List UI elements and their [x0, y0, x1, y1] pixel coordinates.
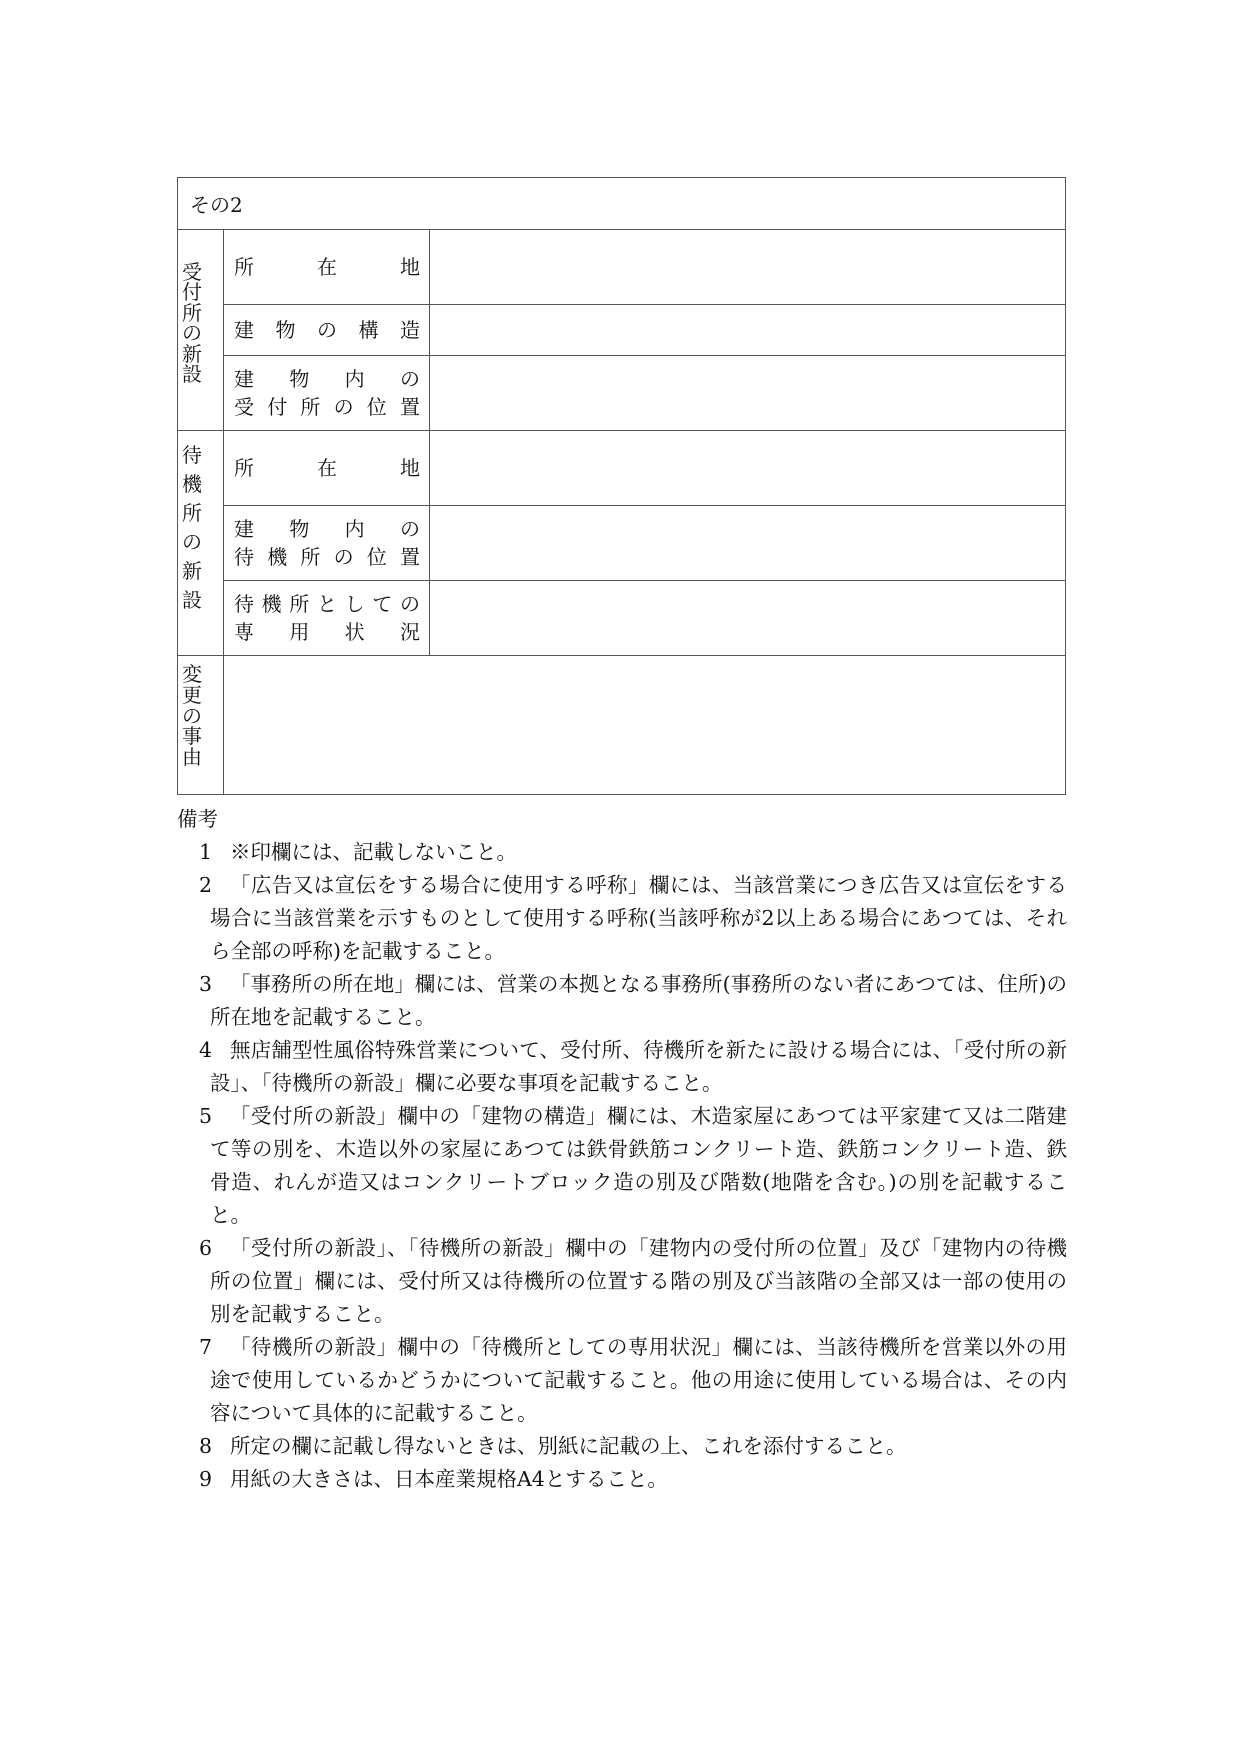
note-item: 6「受付所の新設」、「待機所の新設」欄中の「建物内の受付所の位置」及び「建物内の…: [177, 1232, 1067, 1331]
application-form-table: その2 受 付 所 の 新 設 所在地 建物の構造 建物内の 受付所の位置: [177, 177, 1066, 795]
note-item: 1※印欄には、記載しないこと。: [177, 836, 1067, 869]
note-text: ※印欄には、記載しないこと。: [210, 836, 1067, 869]
note-number: 1: [199, 836, 212, 869]
note-number: 9: [199, 1463, 212, 1496]
waiting-position-field[interactable]: [430, 506, 1066, 581]
note-text: 無店舗型性風俗特殊営業について、受付所、待機所を新たに設ける場合には、「受付所の…: [210, 1034, 1067, 1100]
field-label-waiting-position: 建物内の 待機所の位置: [224, 506, 430, 581]
note-number: 4: [199, 1034, 212, 1067]
note-item: 2「広告又は宣伝をする場合に使用する呼称」欄には、当該営業につき広告又は宣伝をす…: [177, 869, 1067, 968]
field-label-reception-position: 建物内の 受付所の位置: [224, 356, 430, 431]
note-number: 5: [199, 1100, 212, 1133]
waiting-location-field[interactable]: [430, 431, 1066, 506]
note-item: 9用紙の大きさは、日本産業規格A4とすること。: [177, 1463, 1067, 1496]
field-label-waiting-location: 所在地: [224, 431, 430, 506]
dedicated-use-field[interactable]: [430, 581, 1066, 656]
note-item: 5「受付所の新設」欄中の「建物の構造」欄には、木造家屋にあつては平家建て又は二階…: [177, 1100, 1067, 1232]
building-structure-field[interactable]: [430, 305, 1066, 356]
note-text: 用紙の大きさは、日本産業規格A4とすること。: [210, 1463, 1067, 1496]
note-text: 「事務所の所在地」欄には、営業の本拠となる事務所(事務所のない者にあつては、住所…: [210, 968, 1067, 1034]
section-label-waiting: 待 機 所 の 新 設: [178, 431, 224, 656]
reason-for-change-field[interactable]: [224, 656, 1066, 795]
field-label-dedicated-use: 待機所としての 専用状況: [224, 581, 430, 656]
note-text: 「受付所の新設」、「待機所の新設」欄中の「建物内の受付所の位置」及び「建物内の待…: [210, 1232, 1067, 1331]
note-number: 3: [199, 968, 212, 1001]
note-item: 3「事務所の所在地」欄には、営業の本拠となる事務所(事務所のない者にあつては、住…: [177, 968, 1067, 1034]
note-number: 6: [199, 1232, 212, 1265]
note-text: 「広告又は宣伝をする場合に使用する呼称」欄には、当該営業につき広告又は宣伝をする…: [210, 869, 1067, 968]
vertical-label: 受 付 所 の 新 設: [182, 230, 223, 384]
note-number: 7: [199, 1331, 212, 1364]
field-label-building-structure: 建物の構造: [224, 305, 430, 356]
reception-location-field[interactable]: [430, 230, 1066, 305]
note-number: 8: [199, 1430, 212, 1463]
note-text: 「待機所の新設」欄中の「待機所としての専用状況」欄には、当該待機所を営業以外の用…: [210, 1331, 1067, 1430]
note-item: 8所定の欄に記載し得ないときは、別紙に記載の上、これを添付すること。: [177, 1430, 1067, 1463]
note-text: 所定の欄に記載し得ないときは、別紙に記載の上、これを添付すること。: [210, 1430, 1067, 1463]
vertical-label: 変 更 の 事 由: [182, 656, 223, 768]
note-text: 「受付所の新設」欄中の「建物の構造」欄には、木造家屋にあつては平家建て又は二階建…: [210, 1100, 1067, 1232]
notes-title: 備考: [177, 800, 1067, 836]
notes-section: 備考 1※印欄には、記載しないこと。 2「広告又は宣伝をする場合に使用する呼称」…: [177, 800, 1067, 1496]
section-label-reception: 受 付 所 の 新 設: [178, 230, 224, 431]
note-item: 7「待機所の新設」欄中の「待機所としての専用状況」欄には、当該待機所を営業以外の…: [177, 1331, 1067, 1430]
reception-position-field[interactable]: [430, 356, 1066, 431]
note-number: 2: [199, 869, 212, 902]
vertical-label: 待 機 所 の 新 設: [182, 431, 223, 615]
form-title: その2: [178, 178, 1066, 230]
field-label-reception-location: 所在地: [224, 230, 430, 305]
section-label-reason: 変 更 の 事 由: [178, 656, 224, 795]
note-item: 4無店舗型性風俗特殊営業について、受付所、待機所を新たに設ける場合には、「受付所…: [177, 1034, 1067, 1100]
